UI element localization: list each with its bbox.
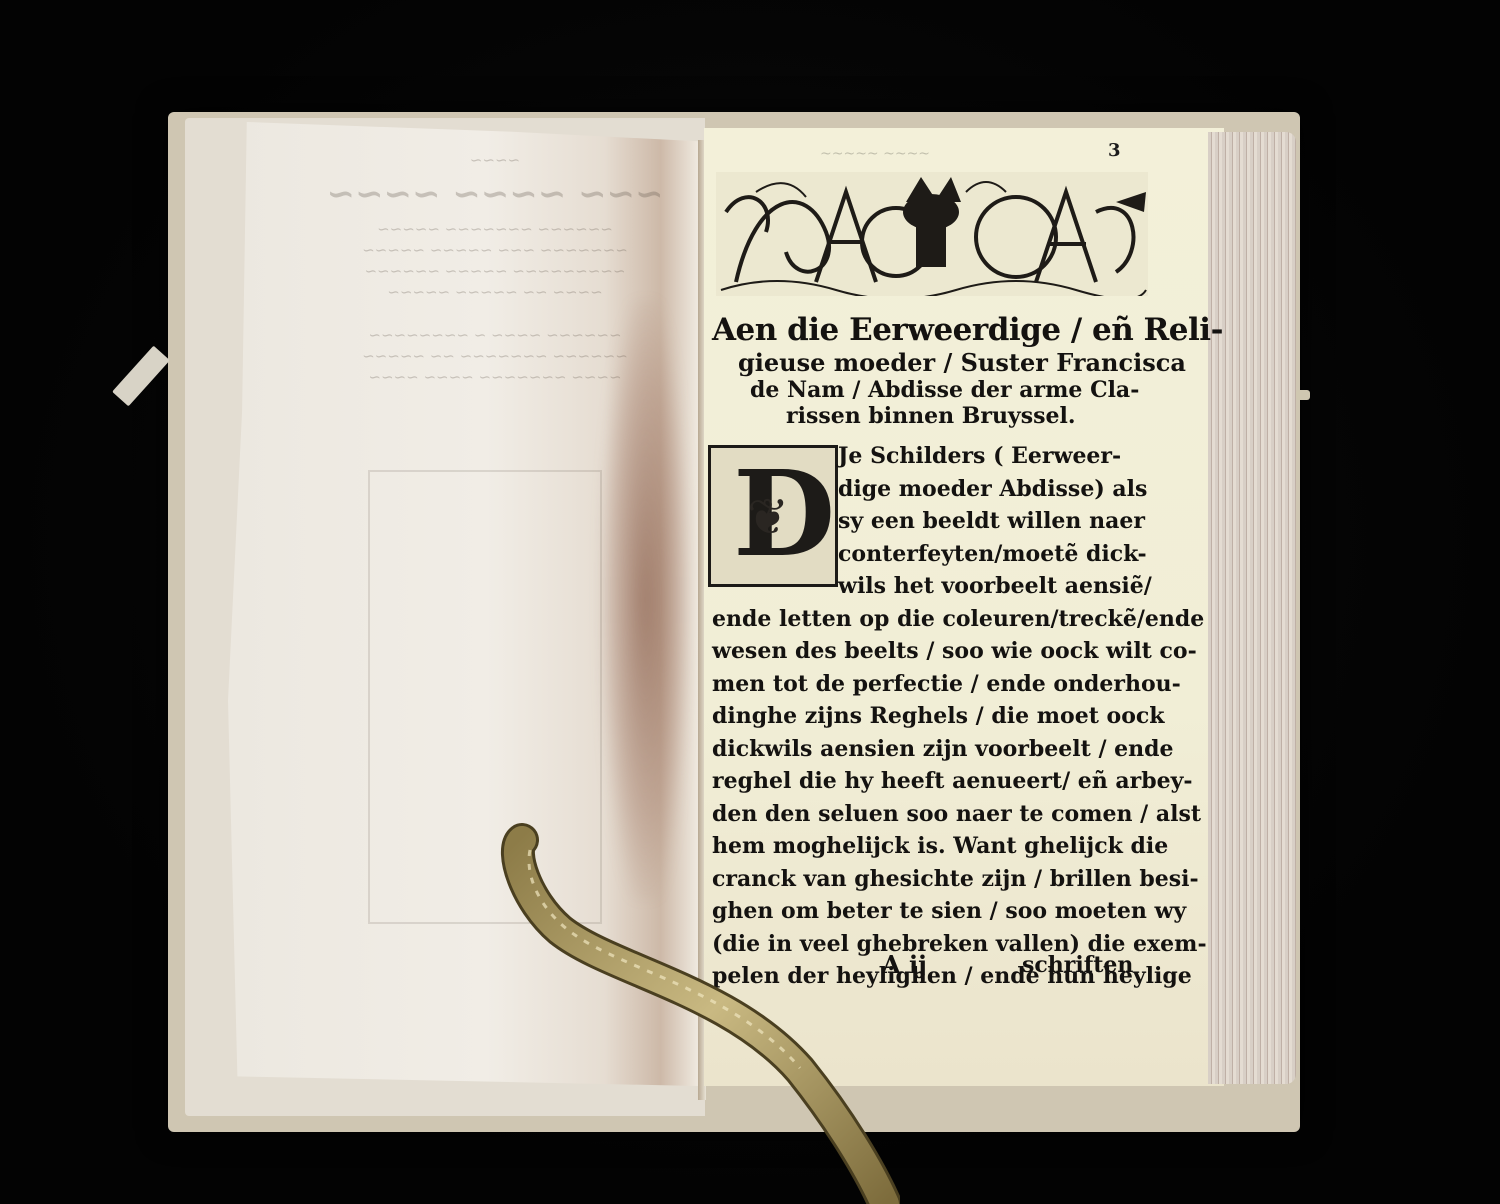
body-line: wesen des beelts / soo wie oock wilt co- [712,635,1122,668]
heading-line: Aen die Eerweerdige / eñ Reli- [712,312,1132,348]
woodcut-headpiece-ornament [716,172,1148,296]
page-number: 3 [1108,140,1121,161]
body-line: Je Schilders ( Eerweer- [712,440,1122,473]
body-line: ende letten op die coleuren/treckẽ/ende [712,603,1122,636]
heading-line: rissen binnen Bruyssel. [712,403,1132,429]
water-stain [600,300,690,900]
page-tab [1296,390,1310,400]
show-through-running-head: ~~~~~ ~~~~ [820,146,930,162]
heading-line: gieuse moeder / Suster Francisca [712,348,1132,377]
brass-snake-page-weight[interactable] [500,820,900,1204]
body-line: dickwils aensien zijn voorbeelt / ende [712,733,1122,766]
heading-line: de Nam / Abdisse der arme Cla- [712,377,1132,403]
dedication-heading: Aen die Eerweerdige / eñ Reli- gieuse mo… [712,312,1132,429]
body-line: wils het voorbeelt aensiẽ/ [712,570,1122,603]
body-line: men tot de perfectie / ende onderhou- [712,668,1122,701]
body-line: sy een beeldt willen naer [712,505,1122,538]
body-line: dige moeder Abdisse) als [712,473,1122,506]
catchword: schriften [1022,952,1133,978]
body-line: dinghe zijns Reghels / die moet oock [712,700,1122,733]
body-line: reghel die hy heeft aenueert/ eñ arbey- [712,765,1122,798]
page-fore-edge [1208,132,1296,1084]
body-line: conterfeyten/moetẽ dick- [712,538,1122,571]
